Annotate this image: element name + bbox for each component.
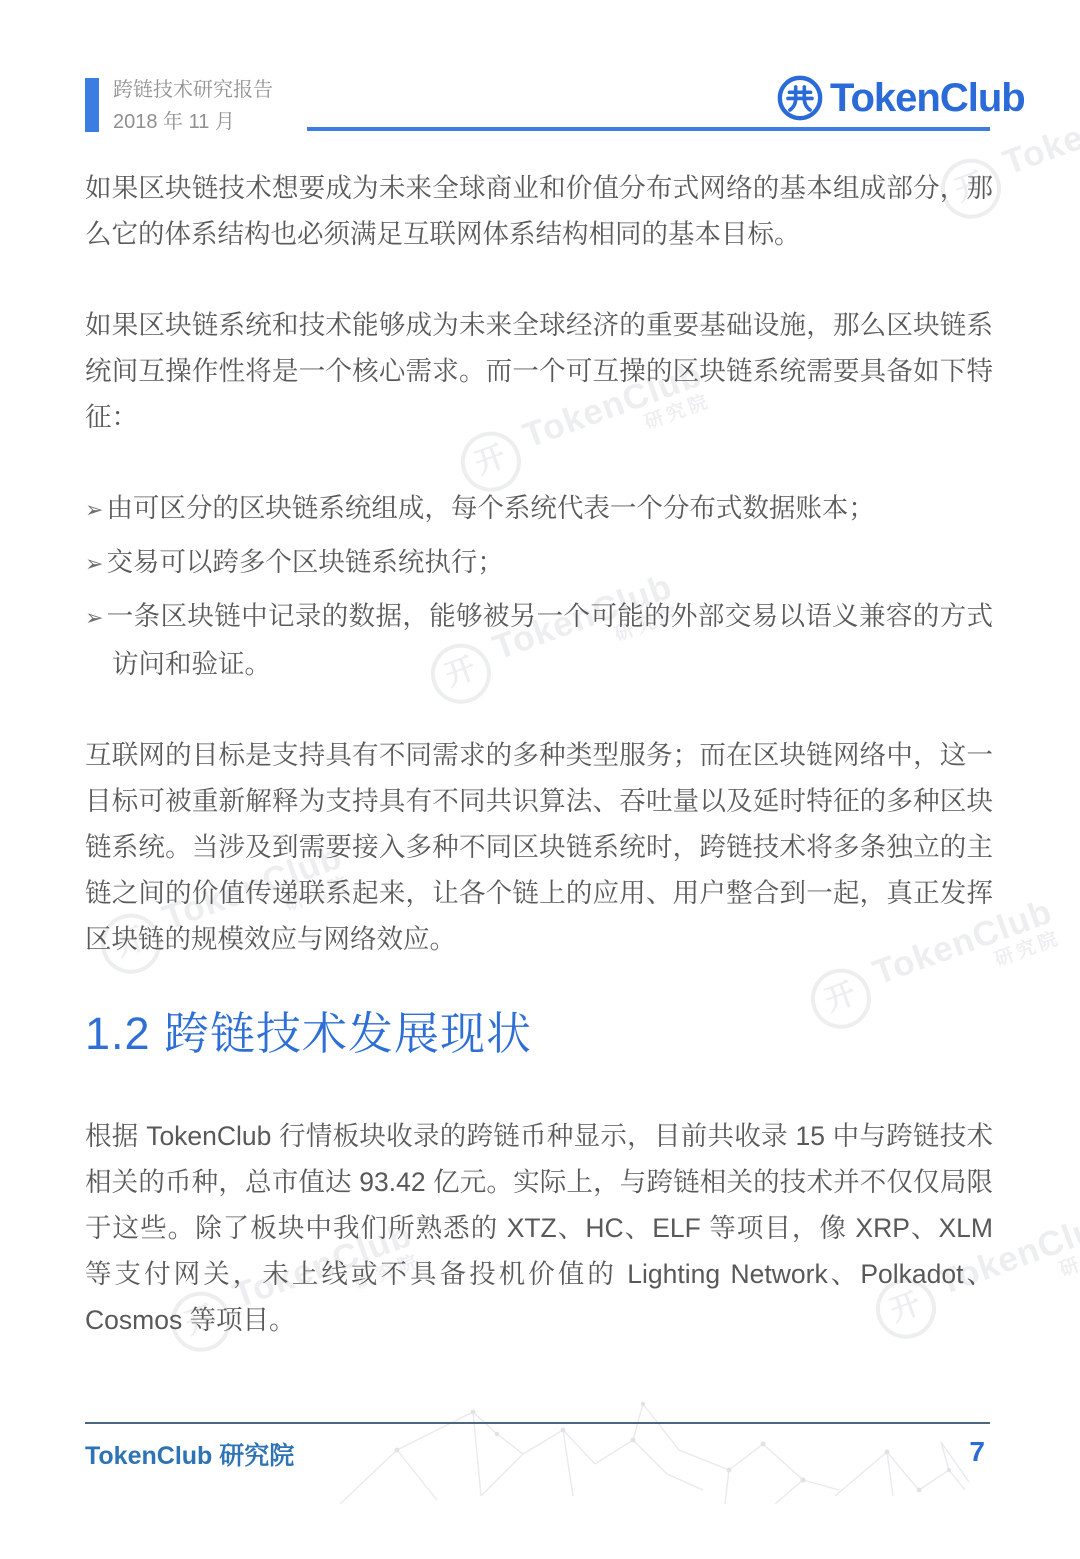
report-date: 2018 年 11 月 — [113, 106, 273, 138]
arrow-bullet-icon: ➢ — [85, 497, 103, 522]
report-title: 跨链技术研究报告 — [113, 74, 273, 106]
watermark-sub: 研究院 — [1057, 1238, 1080, 1282]
paragraph-4: 根据 TokenClub 行情板块收录的跨链币种显示，目前共收录 15 中与跨链… — [85, 1113, 993, 1343]
page-number: 7 — [969, 1436, 985, 1468]
watermark-sub: 研究院 — [992, 928, 1064, 972]
header-accent-bar — [85, 78, 99, 132]
report-body: 如果区块链技术想要成为未来全球商业和价值分布式网络的基本组成部分，那么它的体系结… — [85, 165, 993, 1388]
tokenclub-logo: TokenClub — [776, 74, 1025, 122]
report-page: 跨链技术研究报告 2018 年 11 月 TokenClub 如果区块链技术想要… — [0, 0, 1080, 1559]
footer-divider-line — [85, 1422, 990, 1424]
list-item: ➢由可区分的区块链系统组成，每个系统代表一个分布式数据账本； — [85, 485, 993, 533]
section-heading: 1.2 跨链技术发展现状 — [85, 1007, 993, 1061]
list-item: ➢一条区块链中记录的数据，能够被另一个可能的外部交易以语义兼容的方式访问和验证。 — [85, 593, 993, 687]
header-meta: 跨链技术研究报告 2018 年 11 月 — [113, 74, 273, 138]
tokenclub-logo-icon — [776, 74, 824, 122]
feature-list: ➢由可区分的区块链系统组成，每个系统代表一个分布式数据账本； ➢交易可以跨多个区… — [85, 485, 993, 687]
network-mesh-graphic — [335, 1392, 975, 1512]
list-item-text: 一条区块链中记录的数据，能够被另一个可能的外部交易以语义兼容的方式访问和验证。 — [106, 601, 993, 679]
tokenclub-logo-text: TokenClub — [830, 75, 1025, 121]
list-item-text: 由可区分的区块链系统组成，每个系统代表一个分布式数据账本； — [106, 493, 875, 523]
footer-org: TokenClub 研究院 — [85, 1436, 294, 1472]
paragraph-3: 互联网的目标是支持具有不同需求的多种类型服务；而在区块链网络中，这一目标可被重新… — [85, 732, 993, 962]
header-divider-line — [307, 127, 990, 131]
paragraph-1: 如果区块链技术想要成为未来全球商业和价值分布式网络的基本组成部分，那么它的体系结… — [85, 165, 993, 257]
list-item-text: 交易可以跨多个区块链系统执行； — [106, 547, 504, 577]
list-item: ➢交易可以跨多个区块链系统执行； — [85, 539, 993, 587]
arrow-bullet-icon: ➢ — [85, 551, 103, 576]
arrow-bullet-icon: ➢ — [85, 605, 103, 630]
paragraph-2: 如果区块链系统和技术能够成为未来全球经济的重要基础设施，那么区块链系统间互操作性… — [85, 302, 993, 440]
